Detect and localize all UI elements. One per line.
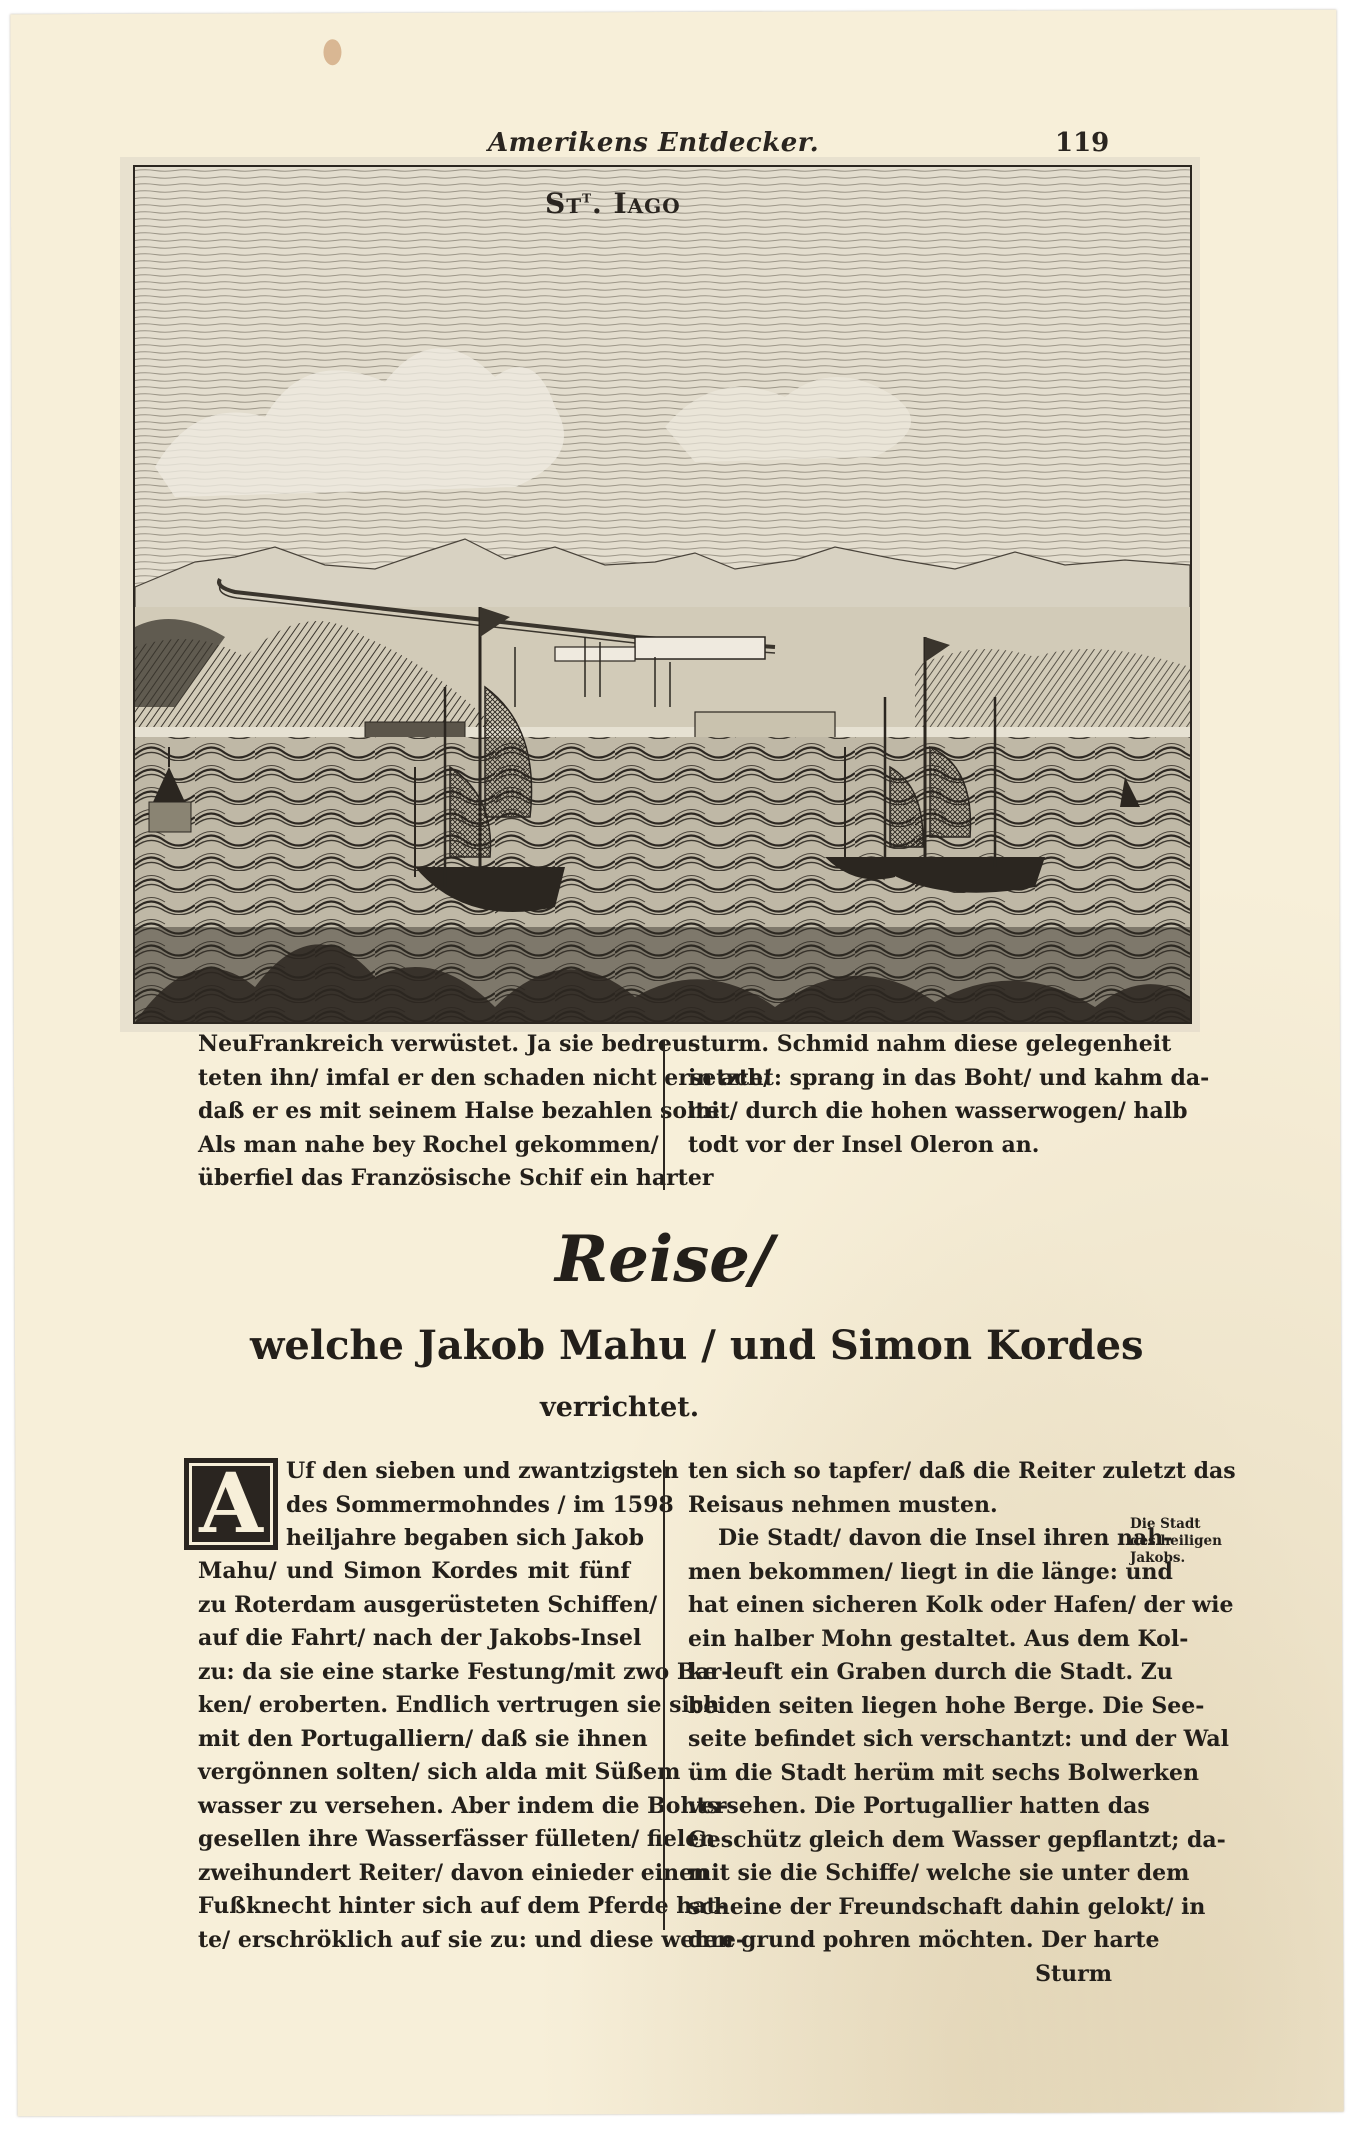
text-line: versehen. Die Portugallier hatten das xyxy=(688,1790,1112,1824)
text-line: auf die Fahrt/ nach der Jakobs-Insel xyxy=(198,1622,630,1656)
text-line: beiden seiten liegen hohe Berge. Die See… xyxy=(688,1690,1112,1724)
text-line: üm die Stadt herüm mit sechs Bolwerken xyxy=(688,1757,1112,1791)
text-line: daß er es mit seinem Halse bezahlen solt… xyxy=(198,1095,630,1129)
upper-left-column: NeuFrankreich verwüstet. Ja sie bedreu- … xyxy=(198,1028,630,1196)
marginal-note: Die Stadt des heiligen Jakobs. xyxy=(1130,1516,1222,1567)
text-line: vergönnen solten/ sich alda mit Süßem xyxy=(198,1756,630,1790)
drop-cap: A xyxy=(184,1458,278,1550)
plate-title: Stt. Iago xyxy=(545,187,681,220)
text-line: Fußknecht hinter sich auf dem Pferde hat… xyxy=(198,1890,630,1924)
text-line: den grund pohren möchten. Der harte xyxy=(688,1924,1112,1958)
text-line: todt vor der Insel Oleron an. xyxy=(688,1129,1112,1163)
text-line: Reisaus nehmen musten. xyxy=(688,1489,1112,1523)
text-line: ken/ eroberten. Endlich vertrugen sie si… xyxy=(198,1689,630,1723)
text-line: scheine der Freundschaft dahin gelokt/ i… xyxy=(688,1891,1112,1925)
text-line: Die Stadt/ davon die Insel ihren nah- xyxy=(688,1522,1112,1556)
text-line: mit sie die Schiffe/ welche sie unter de… xyxy=(688,1857,1112,1891)
text-line: seite befindet sich verschantzt: und der… xyxy=(688,1723,1112,1757)
marginal-note-line: des heiligen xyxy=(1130,1533,1222,1550)
text-line: Als man nahe bey Rochel gekommen/ xyxy=(198,1129,630,1163)
column-divider xyxy=(663,1460,665,1930)
text-line: teten ihn/ imfal er den schaden nicht er… xyxy=(198,1062,630,1096)
engraving-st-iago: Stt. Iago xyxy=(133,165,1192,1024)
engraving-illustration xyxy=(135,167,1190,1022)
page-number: 119 xyxy=(1055,128,1109,158)
text-line: ke leuft ein Graben durch die Stadt. Zu xyxy=(688,1656,1112,1690)
section-heading-verrichtet: verrichtet. xyxy=(540,1392,699,1423)
text-line: wasser zu versehen. Aber indem die Bohts… xyxy=(198,1790,630,1824)
text-line: mit den Portugalliern/ daß sie ihnen xyxy=(198,1723,630,1757)
text-line: hat einen sicheren Kolk oder Hafen/ der … xyxy=(688,1589,1112,1623)
lower-left-column-intro: Uf den sieben und zwantzigsten des Somme… xyxy=(286,1455,630,1556)
text-line: in acht: sprang in das Boht/ und kahm da… xyxy=(688,1062,1112,1096)
text-line: gesellen ihre Wasserfässer fülleten/ fie… xyxy=(198,1823,630,1857)
section-heading-reise: Reise/ xyxy=(555,1222,773,1297)
lower-right-column: ten sich so tapfer/ daß die Reiter zulet… xyxy=(688,1455,1112,1991)
text-line: heiljahre begaben sich Jakob xyxy=(286,1522,630,1556)
text-line: te/ erschröklich auf sie zu: und diese w… xyxy=(198,1924,630,1958)
upper-right-column: sturm. Schmid nahm diese gelegenheit in … xyxy=(688,1028,1112,1162)
catchword: Sturm xyxy=(688,1958,1112,1992)
text-line: Mahu/ und Simon Kordes mit fünf xyxy=(198,1555,630,1589)
text-line: zweihundert Reiter/ davon einieder einen xyxy=(198,1857,630,1891)
text-line: mit/ durch die hohen wasserwogen/ halb xyxy=(688,1095,1112,1129)
paper-stain xyxy=(323,39,341,65)
column-divider xyxy=(663,1040,665,1190)
text-line: ein halber Mohn gestaltet. Aus dem Kol- xyxy=(688,1623,1112,1657)
running-head: Amerikens Entdecker. xyxy=(488,128,819,158)
text-line: men bekommen/ liegt in die länge: und xyxy=(688,1556,1112,1590)
text-line: sturm. Schmid nahm diese gelegenheit xyxy=(688,1028,1112,1062)
text-line: ten sich so tapfer/ daß die Reiter zulet… xyxy=(688,1455,1112,1489)
marginal-note-line: Jakobs. xyxy=(1130,1550,1222,1567)
text-line: NeuFrankreich verwüstet. Ja sie bedreu- xyxy=(198,1028,630,1062)
text-line: zu Roterdam ausgerüsteten Schiffen/ xyxy=(198,1589,630,1623)
section-heading-names: welche Jakob Mahu / und Simon Kordes xyxy=(250,1322,1050,1369)
text-line: überfiel das Französische Schif ein hart… xyxy=(198,1162,630,1196)
text-line: zu: da sie eine starke Festung/mit zwo B… xyxy=(198,1656,630,1690)
text-line: des Sommermohndes / im 1598 xyxy=(286,1489,630,1523)
text-line: Uf den sieben und zwantzigsten xyxy=(286,1455,630,1489)
marginal-note-line: Die Stadt xyxy=(1130,1516,1222,1533)
lower-left-column: Mahu/ und Simon Kordes mit fünf zu Roter… xyxy=(198,1555,630,1957)
text-line: Geschütz gleich dem Wasser gepflantzt; d… xyxy=(688,1824,1112,1858)
